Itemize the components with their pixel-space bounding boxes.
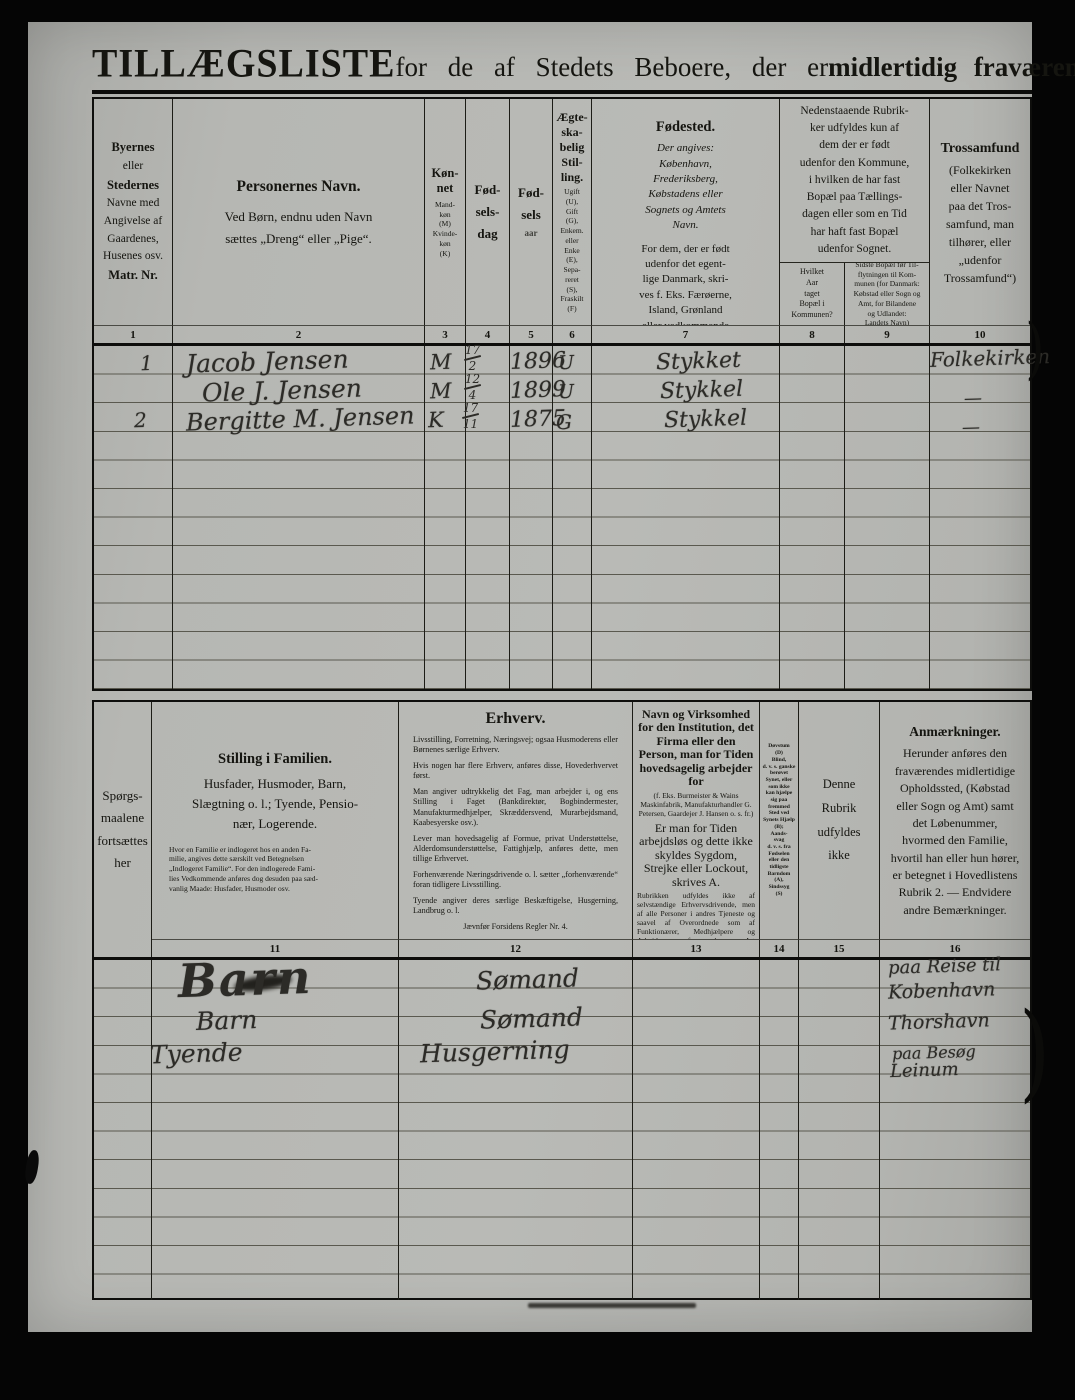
column-number: 4 xyxy=(466,325,510,343)
column-header-sidste-bopael: Sidste Bopæl før Til-flytningen til Kom-… xyxy=(845,263,930,325)
column-header-foedested: Fødested. Der angives:København,Frederik… xyxy=(592,99,780,325)
continuation-table: Spørgs-maalenefortsættesher Stilling i F… xyxy=(92,700,1032,1300)
cell-family-position: Tyende xyxy=(150,1038,243,1070)
column-header-continuation-label: Spørgs-maalenefortsættesher xyxy=(94,702,152,957)
cell-civil-status: U xyxy=(558,352,575,374)
cell-birthday: 172 xyxy=(464,344,481,372)
cell-sex: M xyxy=(430,350,452,375)
cell-occupation: Sømand xyxy=(476,963,580,995)
document-page: TILLÆGSLISTE for de af Stedets Beboere, … xyxy=(28,22,1032,1332)
column-number: 13 xyxy=(633,939,760,957)
column-header-matr-nr: ByernesellerStedernesNavne medAngivelse … xyxy=(94,99,173,325)
bottom-table-header: Spørgs-maalenefortsættesher Stilling i F… xyxy=(94,702,1030,960)
cell-birthplace: Stykkel xyxy=(660,377,744,405)
column-number: 10 xyxy=(930,325,1030,343)
cell-birthplace: Stykket xyxy=(656,348,742,376)
column-header-arbejdsgiver: Navn og Virksomhed for den Institution, … xyxy=(633,702,760,939)
cell-occupation: Husgerning xyxy=(420,1035,571,1069)
column-header-aegteskabelig-stilling: Ægte-ska-beligStil-ling. Ugift(U),Gift(G… xyxy=(553,99,592,325)
cell-matr-nr: 1 xyxy=(140,351,153,375)
column-number: 1 xyxy=(94,325,173,343)
column-number: 9 xyxy=(845,325,930,343)
cell-family-position: Barn xyxy=(177,950,313,1008)
column-header-erhverv: Erhverv. Livsstilling, Forretning, Nærin… xyxy=(399,702,633,939)
top-table-header: ByernesellerStedernesNavne medAngivelse … xyxy=(94,99,1030,346)
cell-sex: K xyxy=(428,408,444,432)
column-header-aar-bopael: HvilketAartagetBopæl iKommunen? xyxy=(780,263,845,325)
column-number: 8 xyxy=(780,325,845,343)
cell-matr-nr: 2 xyxy=(134,408,147,432)
title-rule xyxy=(92,90,1032,94)
column-header-udfyldes-ikke: DenneRubrikudfyldesikke xyxy=(799,702,880,939)
column-number: 7 xyxy=(592,325,780,343)
cell-birthplace: Stykkel xyxy=(664,406,748,434)
column-number: 12 xyxy=(399,939,633,957)
row-group-bracket-bottom: ) xyxy=(1019,990,1050,1113)
column-number: 16 xyxy=(880,939,1030,957)
cell-family-position: Barn xyxy=(196,1005,258,1036)
cell-remark: Kobenhavn xyxy=(888,978,996,1003)
page-title-mid: for de af Stedets Beboere, der er xyxy=(395,52,828,83)
cell-civil-status: G xyxy=(556,410,573,434)
column-header-foedselsaar: Fød-selsaar xyxy=(510,99,553,325)
cell-remark: Thorshavn xyxy=(888,1009,990,1034)
column-number: 14 xyxy=(760,939,799,957)
column-number: 6 xyxy=(553,325,592,343)
cell-sex: M xyxy=(430,379,452,404)
row-group-bracket-top: ) xyxy=(1025,310,1044,387)
cell-name: Jacob Jensen xyxy=(186,344,349,378)
column-header-handicap: Døvstum(D)Blind,d. v. s. ganskeberøvetSy… xyxy=(760,702,799,939)
column-number: 5 xyxy=(510,325,553,343)
column-number: 15 xyxy=(799,939,880,957)
printer-imprint-smudge xyxy=(528,1303,696,1308)
column-header-stilling-i-familien: Stilling i Familien. Husfader, Husmoder,… xyxy=(152,702,399,939)
cell-occupation: Sømand xyxy=(480,1002,584,1034)
cell-name: Ole J. Jensen xyxy=(202,373,363,407)
column-header-udenfor-kommunen-note: Nedenstaaende Rubrik-ker udfyldes kun af… xyxy=(780,99,930,263)
page-title: TILLÆGSLISTE for de af Stedets Beboere, … xyxy=(92,42,1032,86)
cell-civil-status: U xyxy=(558,381,575,403)
cell-religion-ditto: — xyxy=(962,417,981,439)
scanned-census-page: TILLÆGSLISTE for de af Stedets Beboere, … xyxy=(0,0,1075,1400)
page-title-end: midlertidig fraværende. xyxy=(828,52,1075,83)
column-number: 3 xyxy=(425,325,466,343)
top-table-body: 1 Jacob Jensen M 172 1896 U Stykket Folk… xyxy=(94,346,1030,689)
column-number: 2 xyxy=(173,325,425,343)
column-header-foedselsdag: Fød-sels-dag xyxy=(466,99,510,325)
cell-remark: paa Reise til xyxy=(888,954,1002,979)
scan-edge-artifact xyxy=(23,1149,40,1184)
column-header-trossamfund: Trossamfund (Folkekirkeneller Navnetpaa … xyxy=(930,99,1030,325)
page-title-main: TILLÆGSLISTE xyxy=(92,41,395,87)
cell-birthday: 1711 xyxy=(462,402,479,430)
cell-remark: Leinum xyxy=(890,1059,959,1082)
cell-birthday: 124 xyxy=(464,373,481,401)
absent-residents-table: ByernesellerStedernesNavne medAngivelse … xyxy=(92,97,1032,691)
column-header-anmaerkninger: Anmærkninger. Herunder anføres den fravæ… xyxy=(880,702,1030,939)
cell-religion-ditto: — xyxy=(964,388,983,410)
bottom-table-body: Barn Sømand paa Reise til Kobenhavn Barn… xyxy=(94,960,1030,1300)
column-header-personernes-navn: Personernes Navn. Ved Børn, endnu uden N… xyxy=(173,99,425,325)
column-header-koennet: Køn-net Mand-køn(M)Kvinde-køn(K) xyxy=(425,99,466,325)
